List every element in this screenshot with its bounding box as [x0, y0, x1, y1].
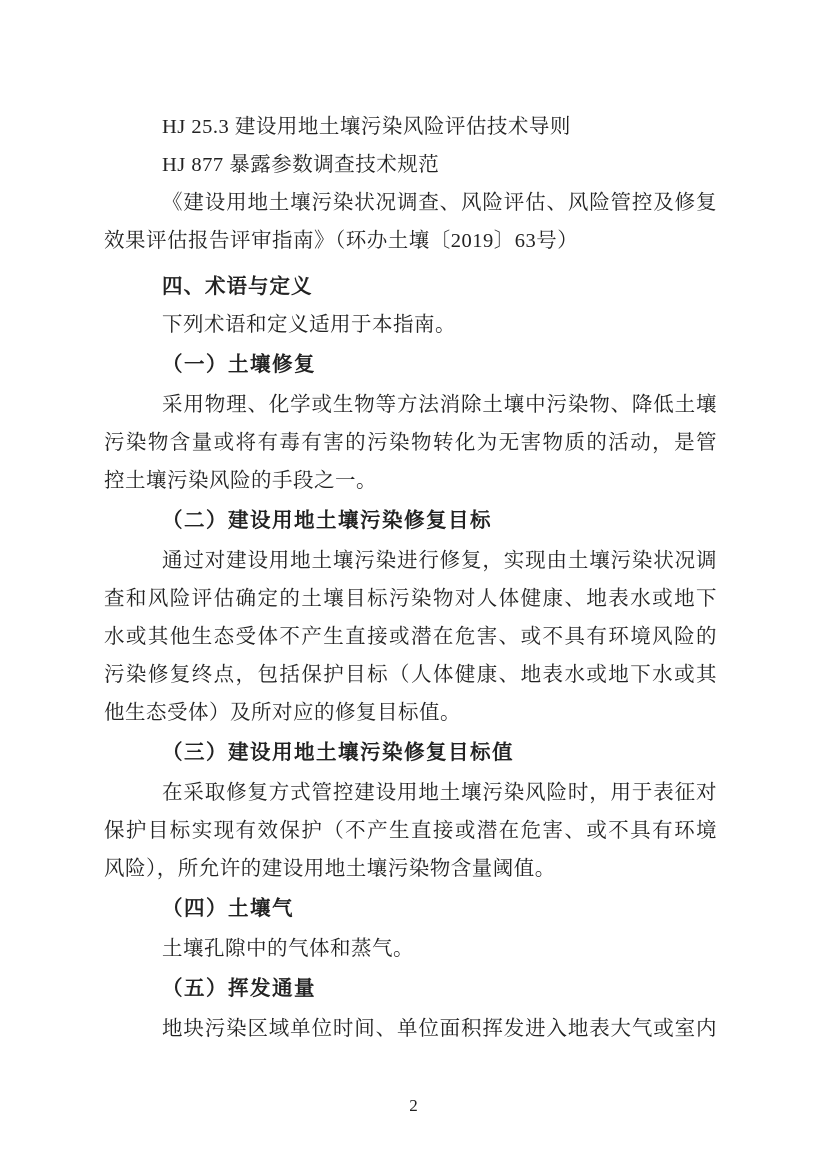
- term-definition-line: 在采取修复方式管控建设用地土壤污染风险时，用于表征对: [104, 774, 717, 812]
- term-heading: （二）建设用地土壤污染修复目标: [104, 502, 717, 540]
- term-definition-line: 查和风险评估确定的土壤目标污染物对人体健康、地表水或地下: [104, 580, 717, 618]
- term-definition-line: 污染物含量或将有毒有害的污染物转化为无害物质的活动，是管: [104, 424, 717, 462]
- reference-line: HJ 877 暴露参数调查技术规范: [104, 146, 717, 184]
- term-definition-line: 土壤孔隙中的气体和蒸气。: [104, 930, 717, 968]
- term-definition-line: 地块污染区域单位时间、单位面积挥发进入地表大气或室内: [104, 1010, 717, 1048]
- term-definition-line: 他生态受体）及所对应的修复目标值。: [104, 694, 717, 732]
- document-body: HJ 25.3 建设用地土壤污染风险评估技术导则 HJ 877 暴露参数调查技术…: [104, 108, 717, 1048]
- term-definition-line: 通过对建设用地土壤污染进行修复，实现由土壤污染状况调: [104, 542, 717, 580]
- term-heading: （三）建设用地土壤污染修复目标值: [104, 734, 717, 772]
- term-heading: （五）挥发通量: [104, 970, 717, 1008]
- term-definition-line: 污染修复终点，包括保护目标（人体健康、地表水或地下水或其: [104, 656, 717, 694]
- reference-line: HJ 25.3 建设用地土壤污染风险评估技术导则: [104, 108, 717, 146]
- term-definition-line: 采用物理、化学或生物等方法消除土壤中污染物、降低土壤: [104, 386, 717, 424]
- document-page: HJ 25.3 建设用地土壤污染风险评估技术导则 HJ 877 暴露参数调查技术…: [0, 0, 827, 1170]
- term-definition-line: 控土壤污染风险的手段之一。: [104, 462, 717, 500]
- term-heading: （四）土壤气: [104, 890, 717, 928]
- page-number: 2: [0, 1095, 827, 1117]
- section-intro: 下列术语和定义适用于本指南。: [104, 306, 717, 344]
- reference-line: 效果评估报告评审指南》（环办土壤〔2019〕63号）: [104, 222, 717, 260]
- term-definition-line: 保护目标实现有效保护（不产生直接或潜在危害、或不具有环境: [104, 812, 717, 850]
- section-heading: 四、术语与定义: [104, 268, 717, 306]
- term-definition-line: 风险），所允许的建设用地土壤污染物含量阈值。: [104, 850, 717, 888]
- term-definition-line: 水或其他生态受体不产生直接或潜在危害、或不具有环境风险的: [104, 618, 717, 656]
- term-heading: （一）土壤修复: [104, 346, 717, 384]
- reference-line: 《建设用地土壤污染状况调查、风险评估、风险管控及修复: [104, 184, 717, 222]
